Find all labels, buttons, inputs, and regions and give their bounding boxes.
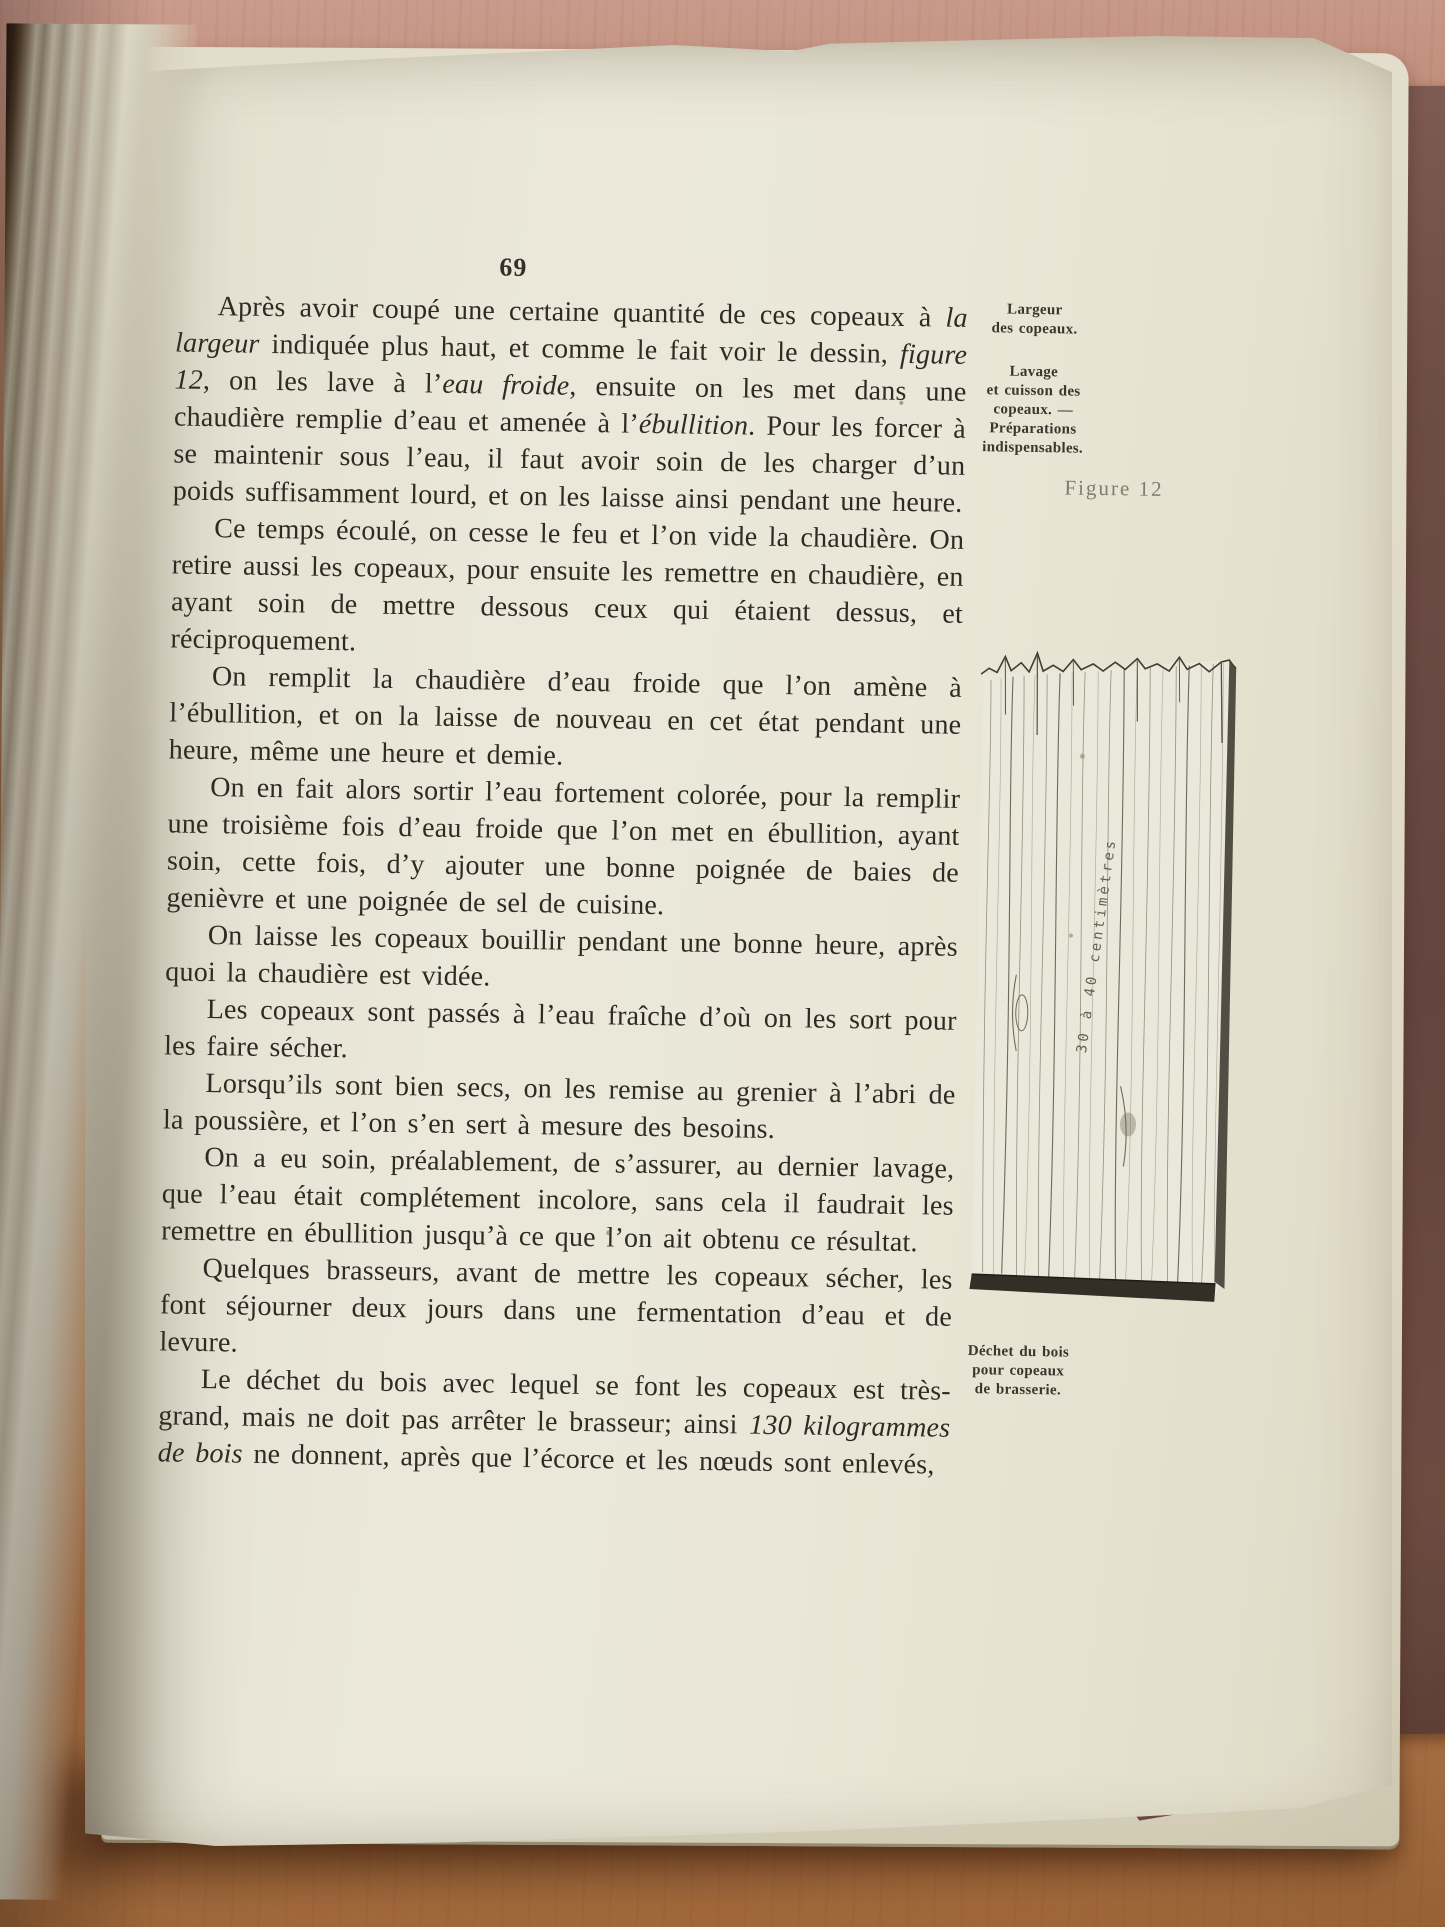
page-content: 69 Après avoir coupé une certaine quanti… xyxy=(57,36,1392,1866)
margin-note-dechet-du-bois: Déchet du boispour copeauxde brasserie. xyxy=(929,1341,1108,1401)
figure-12: 30 à 40 centimètres xyxy=(967,644,1245,1308)
paper-speck xyxy=(1069,934,1073,938)
paper-speck xyxy=(899,401,903,405)
wood-plank-drawing: 30 à 40 centimètres xyxy=(967,644,1245,1308)
book-page: 69 Après avoir coupé une certaine quanti… xyxy=(85,36,1392,1846)
book-photo: { "page": { "number": "69", "paragraphs"… xyxy=(0,0,1445,1927)
paper-speck xyxy=(1080,754,1085,759)
paper-speck xyxy=(606,1230,610,1235)
margin-note-lavage-et-cuisson: Lavageet cuisson descopeaux. —Préparatio… xyxy=(944,362,1123,460)
margin-note-largeur-des-copeaux: Largeurdes copeaux. xyxy=(945,300,1124,341)
figure-label: Figure 12 xyxy=(980,474,1248,503)
